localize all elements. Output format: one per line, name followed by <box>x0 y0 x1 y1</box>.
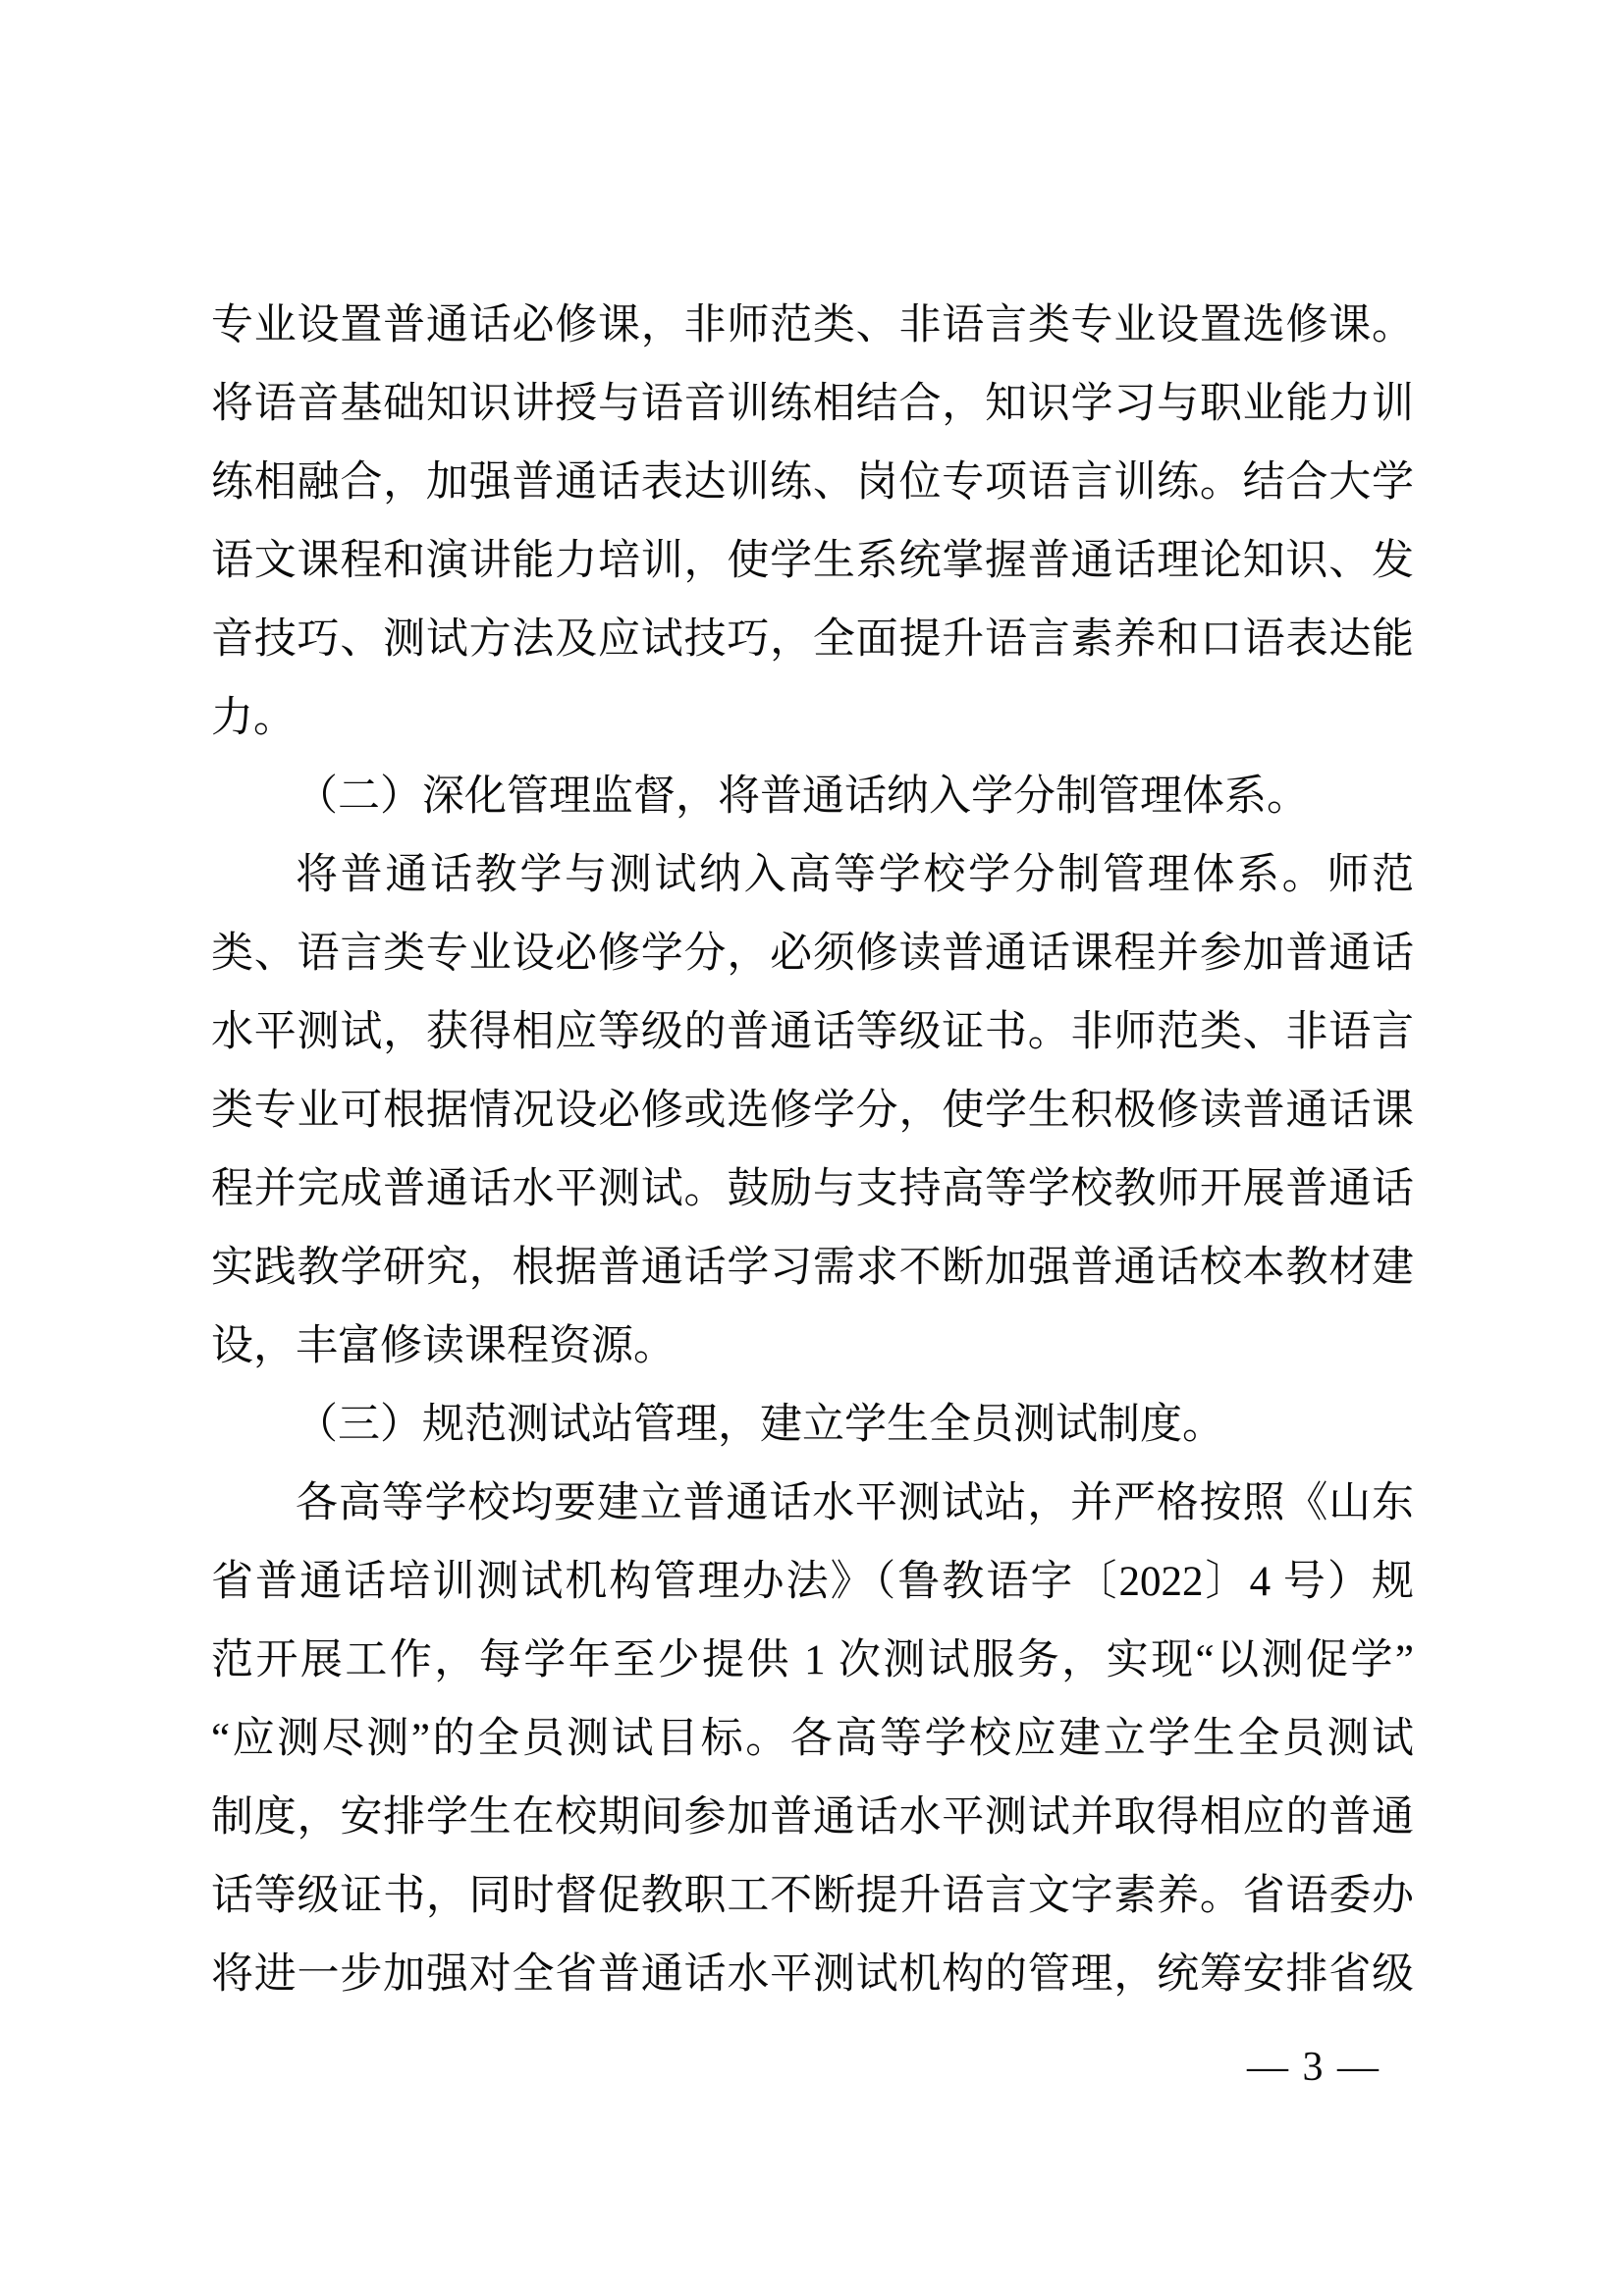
page-number: — 3 — <box>1247 2028 1380 2107</box>
text-line: 将普通话教学与测试纳入高等学校学分制管理体系。师范 <box>211 836 1414 915</box>
text-line: 话等级证书，同时督促教职工不断提升语言文字素养。省语委办 <box>211 1857 1414 1936</box>
document-page: 专业设置普通话必修课，非师范类、非语言类专业设置选修课。 将语音基础知识讲授与语… <box>0 0 1624 2296</box>
text-line: 将语音基础知识讲授与语音训练相结合，知识学习与职业能力训 <box>211 365 1414 444</box>
text-line: “应测尽测”的全员测试目标。各高等学校应建立学生全员测试 <box>211 1700 1414 1779</box>
section-heading: （三）规范测试站管理，建立学生全员测试制度。 <box>211 1386 1414 1465</box>
text-line: 语文课程和演讲能力培训，使学生系统掌握普通话理论知识、发 <box>211 522 1414 601</box>
text-line: 音技巧、测试方法及应试技巧，全面提升语言素养和口语表达能 <box>211 601 1414 679</box>
text-line: 将进一步加强对全省普通话水平测试机构的管理，统筹安排省级 <box>211 1936 1414 2014</box>
text-line: 省普通话培训测试机构管理办法》（鲁教语字〔2022〕4 号）规 <box>211 1543 1414 1622</box>
text-line: 范开展工作，每学年至少提供 1 次测试服务，实现“以测促学” <box>211 1622 1414 1700</box>
text-line: 专业设置普通话必修课，非师范类、非语言类专业设置选修课。 <box>211 287 1414 365</box>
text-line: 各高等学校均要建立普通话水平测试站，并严格按照《山东 <box>211 1465 1414 1543</box>
text-line: 制度，安排学生在校期间参加普通话水平测试并取得相应的普通 <box>211 1779 1414 1857</box>
text-line: 练相融合，加强普通话表达训练、岗位专项语言训练。结合大学 <box>211 444 1414 522</box>
text-line: 设，丰富修读课程资源。 <box>211 1308 1414 1386</box>
text-line: 水平测试，获得相应等级的普通话等级证书。非师范类、非语言 <box>211 993 1414 1072</box>
text-line: 程并完成普通话水平测试。鼓励与支持高等学校教师开展普通话 <box>211 1150 1414 1229</box>
text-line: 类、语言类专业设必修学分，必须修读普通话课程并参加普通话 <box>211 915 1414 993</box>
text-line: 力。 <box>211 679 1414 758</box>
text-line: 实践教学研究，根据普通话学习需求不断加强普通话校本教材建 <box>211 1229 1414 1308</box>
text-line: 类专业可根据情况设必修或选修学分，使学生积极修读普通话课 <box>211 1072 1414 1150</box>
document-body: 专业设置普通话必修课，非师范类、非语言类专业设置选修课。 将语音基础知识讲授与语… <box>211 287 1414 2014</box>
section-heading: （二）深化管理监督，将普通话纳入学分制管理体系。 <box>211 758 1414 836</box>
